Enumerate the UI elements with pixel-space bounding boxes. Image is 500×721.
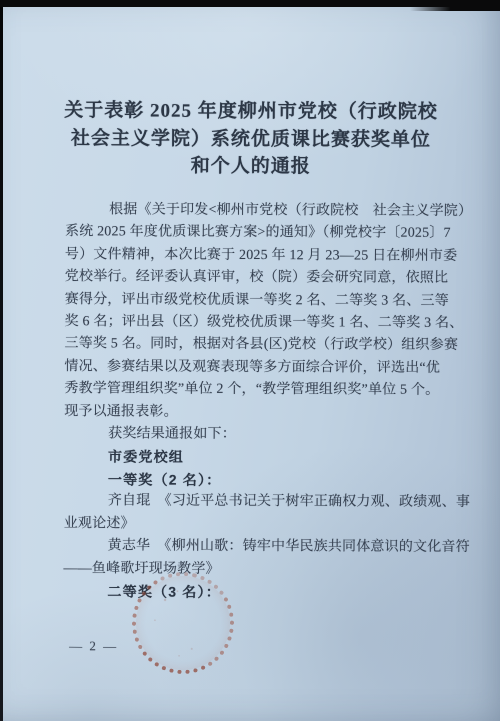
body-line: 奖 6 名；评出县（区）级党校优质课一等奖 1 名、二等奖 3 名、 — [65, 311, 459, 335]
award-entry-line: 齐自琨 《习近平总书记关于树牢正确权力观、政绩观、事 — [64, 490, 458, 514]
section-heading-group: 市委党校组 — [64, 446, 458, 470]
photo-background: 关于表彰 2025 年度柳州市党校（行政院校 社会主义学院）系统优质课比赛获奖单… — [0, 0, 500, 721]
body-line: 秀教学管理组织奖”单位 2 个，“教学管理组织奖”单位 5 个。 — [64, 378, 458, 402]
body-line: 党校举行。经评委认真评审，校（院）委会研究同意，依照比 — [65, 266, 459, 290]
award-entry-line: ——鱼峰歌圩现场教学》 — [63, 558, 457, 582]
award-entry-line: 业观论述》 — [64, 513, 458, 537]
page-number: — 2 — — [69, 638, 118, 654]
body-line: 三等奖 5 名。同时，根据对各县(区)党校（行政学校）组织参赛 — [64, 334, 458, 358]
body-line: 赛得分，评出市级党校优质课一等奖 2 名、二等奖 3 名、三等 — [65, 289, 459, 313]
document-body: 根据《关于印发<柳州市党校（行政院校 社会主义学院） 系统 2025 年度优质课… — [63, 199, 459, 604]
body-line: 现予以通报表彰。 — [64, 401, 458, 425]
body-line: 系统 2025 年度优质课比赛方案>的通知》（柳党校字〔2025〕7 — [65, 222, 459, 246]
camera-dark-band — [0, 0, 500, 7]
award-entry-line: 黄志华 《柳州山歌：铸牢中华民族共同体意识的文化音符 — [64, 535, 458, 559]
body-line: 号）文件精神，本次比赛于 2025 年 12 月 23—25 日在柳州市委 — [65, 244, 459, 268]
title-line: 和个人的通报 — [20, 152, 481, 182]
section-heading-second-prize: 二等奖（3 名）： — [63, 580, 457, 604]
printed-content: 关于表彰 2025 年度柳州市党校（行政院校 社会主义学院）系统优质课比赛获奖单… — [0, 5, 500, 721]
title-line: 社会主义学院）系统优质课比赛获奖单位 — [20, 124, 481, 154]
document-title: 关于表彰 2025 年度柳州市党校（行政院校 社会主义学院）系统优质课比赛获奖单… — [20, 97, 481, 182]
body-line: 根据《关于印发<柳州市党校（行政院校 社会主义学院） — [65, 199, 459, 223]
body-line: 情况、参赛结果以及观赛表现等多方面综合评价，评选出“优 — [64, 356, 458, 380]
section-heading-first-prize: 一等奖（2 名）： — [64, 468, 458, 492]
title-line: 关于表彰 2025 年度柳州市党校（行政院校 — [20, 97, 481, 127]
body-line: 获奖结果通报如下： — [64, 423, 458, 447]
document-page: 关于表彰 2025 年度柳州市党校（行政院校 社会主义学院）系统优质课比赛获奖单… — [3, 6, 500, 721]
